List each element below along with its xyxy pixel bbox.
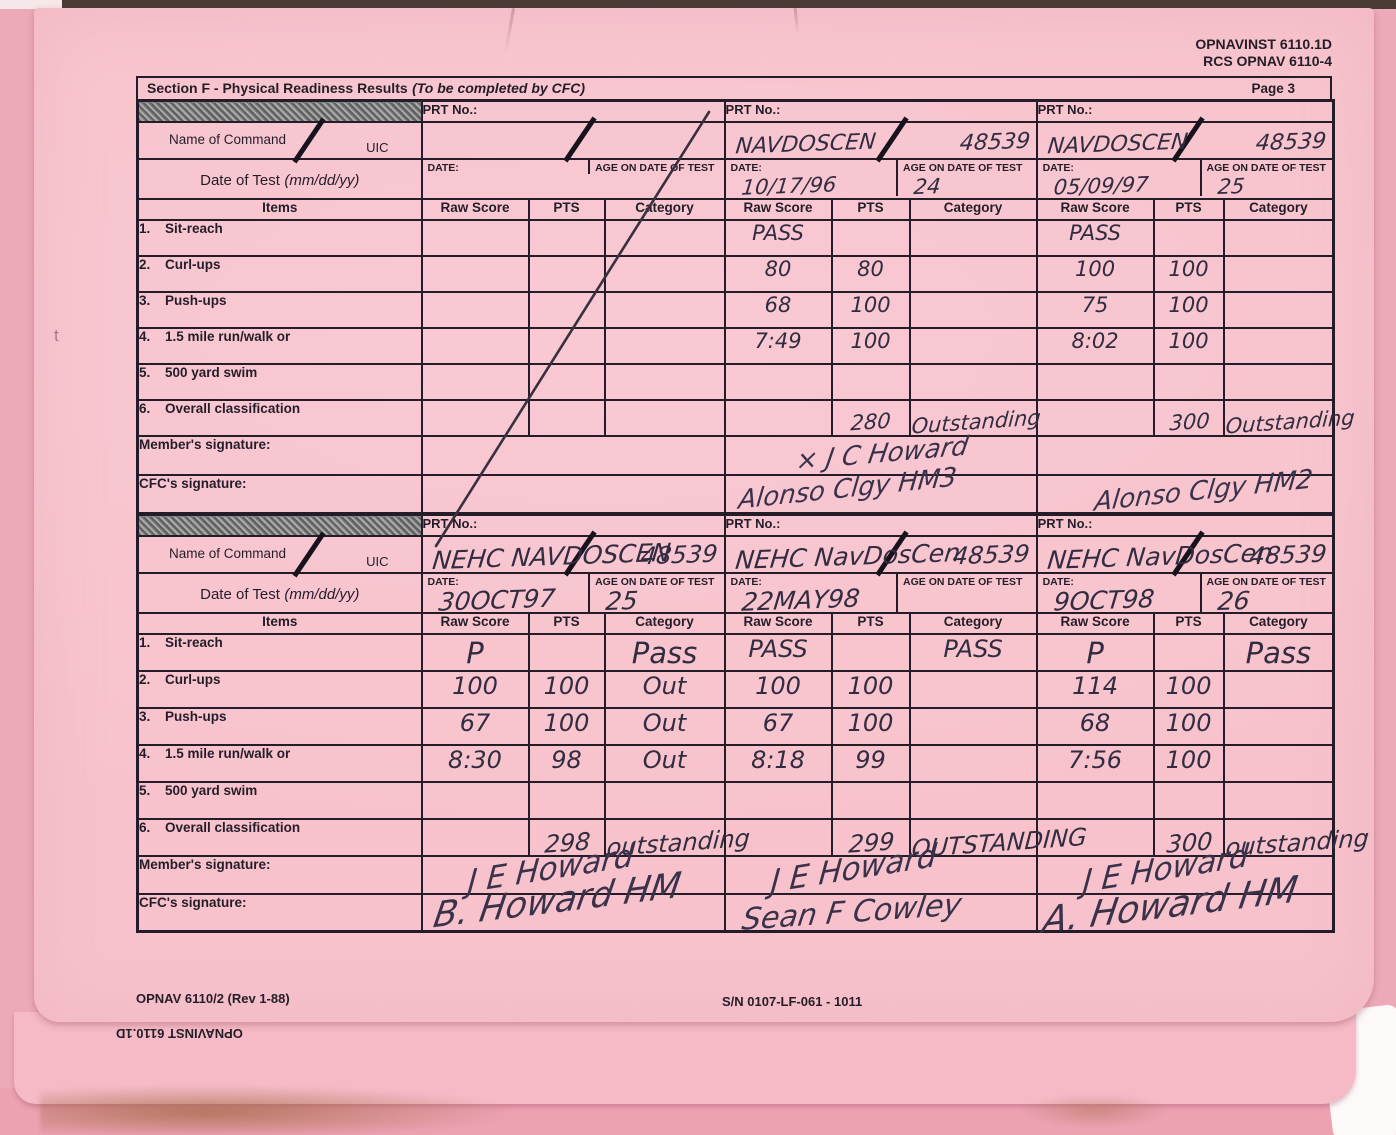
date-value: 10/17/96 (740, 171, 898, 198)
member-signature-label: Member's signature: (138, 436, 422, 475)
pts-cell: 80 (832, 256, 910, 292)
item-label: 5.500 yard swim (138, 364, 422, 400)
cfc-signature-label: CFC's signature: (138, 894, 422, 932)
form-number: OPNAV 6110/2 (Rev 1-88) (136, 991, 290, 1006)
raw-cell (422, 292, 529, 328)
printed-slash (292, 531, 325, 577)
section-title-text: Section F - Physical Readiness Results (147, 80, 408, 96)
pts-cell: 300 (1154, 400, 1224, 436)
pts-cell: 100 (1154, 671, 1224, 708)
cat-cell: Pass (605, 634, 725, 671)
item-label: 1.Sit-reach (138, 220, 422, 256)
pts-cell (832, 220, 910, 256)
raw-cell (725, 819, 832, 856)
cfc-signature-cell: Sean F Cowley (725, 894, 1037, 932)
raw-cell: PASS (725, 634, 832, 671)
pts-cell (529, 782, 605, 819)
cat-cell: Out (605, 671, 725, 708)
raw-cell: 100 (422, 671, 529, 708)
raw-score-header: Raw Score (1037, 199, 1154, 220)
cat-cell: Out (605, 745, 725, 782)
uic-value: 48539 (1255, 128, 1328, 155)
date-of-test-label: Date of Test (200, 586, 280, 603)
age-label: AGE ON DATE OF TEST (898, 160, 1036, 174)
pts-header: PTS (1154, 199, 1224, 220)
prt-table-upper: PRT No.: PRT No.: PRT No.: Name of Comma… (136, 99, 1335, 515)
raw-score-header: Raw Score (1037, 613, 1154, 634)
cfc-signature: Sean F Cowley (739, 887, 963, 938)
item-label: 6.Overall classification (138, 819, 422, 856)
date-value: 30OCT97 (437, 585, 590, 614)
cat-cell (605, 292, 725, 328)
date-value: 22MAY98 (740, 585, 898, 614)
member-signature-cell: × J C Howard (725, 436, 1037, 475)
items-header: Items (138, 199, 422, 220)
item-label: 2.Curl-ups (138, 256, 422, 292)
name-of-command-label: Name of Command (169, 132, 286, 147)
item-label: 1.Sit-reach (138, 634, 422, 671)
cfc-signature-label: CFC's signature: (138, 475, 422, 514)
pts-cell: 280 (832, 400, 910, 436)
cfc-signature-cell: B. Howard HM (422, 894, 725, 932)
raw-cell (422, 819, 529, 856)
raw-cell: 114 (1037, 671, 1154, 708)
date-format-hint: (mm/dd/yy) (284, 172, 359, 189)
cat-cell: PASS (910, 634, 1037, 671)
pts-cell (529, 634, 605, 671)
pts-cell: 98 (529, 745, 605, 782)
cat-cell (1224, 671, 1334, 708)
pts-header: PTS (1154, 613, 1224, 634)
cat-cell (605, 782, 725, 819)
cfc-signature-cell: Alonso Clgy HM2 (1037, 475, 1334, 514)
category-header: Category (605, 613, 725, 634)
age-value: 25 (1216, 172, 1333, 198)
cfc-signature-cell: Alonso Clgy HM3 (725, 475, 1037, 514)
item-label: 5.500 yard swim (138, 782, 422, 819)
date-format-hint: (mm/dd/yy) (284, 586, 359, 603)
cat-cell (910, 782, 1037, 819)
raw-cell: 68 (1037, 708, 1154, 745)
item-label: 3.Push-ups (138, 292, 422, 328)
cat-cell (1224, 328, 1334, 364)
command-uic-cell: NAVDOSCEN 48539 (1037, 122, 1334, 159)
prt-no-label: PRT No.: (422, 101, 725, 122)
raw-cell: PASS (1037, 220, 1154, 256)
pts-cell (1154, 220, 1224, 256)
printed-slash (563, 116, 596, 162)
raw-cell (422, 364, 529, 400)
item-label: 4.1.5 mile run/walk or (138, 745, 422, 782)
pts-cell (1154, 782, 1224, 819)
date-age-cell: DATE:22MAY98 AGE ON DATE OF TEST (725, 573, 1037, 613)
raw-cell (1037, 819, 1154, 856)
pts-header: PTS (529, 613, 605, 634)
raw-cell: 8:30 (422, 745, 529, 782)
raw-cell: 67 (725, 708, 832, 745)
item-label: 6.Overall classification (138, 400, 422, 436)
cat-cell (1224, 256, 1334, 292)
raw-cell (422, 220, 529, 256)
cfc-signature-cell (422, 475, 725, 514)
cat-cell (1224, 364, 1334, 400)
printed-slash (875, 116, 908, 162)
pts-cell (529, 220, 605, 256)
pts-cell (832, 782, 910, 819)
date-age-cell: DATE:10/17/96 AGE ON DATE OF TEST24 (725, 159, 1037, 199)
pts-cell (529, 328, 605, 364)
raw-cell (422, 400, 529, 436)
pts-cell (832, 634, 910, 671)
cat-cell (1224, 745, 1334, 782)
raw-cell: P (422, 634, 529, 671)
command-uic-cell: NEHC NavDosCen 48539 (725, 536, 1037, 573)
uic-value: 48539 (1248, 539, 1328, 570)
uic-label: UIC (366, 554, 388, 569)
prt-no-label: PRT No.: (1037, 101, 1334, 122)
raw-cell: 8:02 (1037, 328, 1154, 364)
category-header: Category (910, 199, 1037, 220)
pts-cell: 100 (832, 671, 910, 708)
raw-cell: 80 (725, 256, 832, 292)
date-age-cell: DATE:05/09/97 AGE ON DATE OF TEST25 (1037, 159, 1334, 199)
date-of-test-label-cell: Date of Test (mm/dd/yy) (138, 159, 422, 199)
raw-cell (725, 782, 832, 819)
cat-cell: Outstanding (1224, 400, 1334, 436)
raw-score-header: Raw Score (725, 613, 832, 634)
section-f-header: Section F - Physical Readiness Results (… (136, 76, 1332, 101)
cat-cell: Out (605, 708, 725, 745)
date-age-cell: DATE: AGE ON DATE OF TEST (422, 159, 725, 199)
pts-header: PTS (832, 199, 910, 220)
pts-cell (529, 400, 605, 436)
cat-cell (910, 292, 1037, 328)
cat-cell (1224, 292, 1334, 328)
pts-cell: 99 (832, 745, 910, 782)
raw-cell: P (1037, 634, 1154, 671)
cat-cell (910, 256, 1037, 292)
item-label: 3.Push-ups (138, 708, 422, 745)
prt-no-label: PRT No.: (725, 101, 1037, 122)
raw-cell: 67 (422, 708, 529, 745)
cat-cell (605, 220, 725, 256)
raw-cell (725, 400, 832, 436)
age-value: 26 (1216, 586, 1334, 614)
uic-value: 48539 (952, 539, 1032, 570)
hatched-bar (138, 101, 422, 122)
age-value: 24 (913, 171, 1037, 197)
cat-cell (1224, 708, 1334, 745)
item-label: 4.1.5 mile run/walk or (138, 328, 422, 364)
name-of-command-label-cell: Name of Command UIC (138, 122, 422, 159)
cat-cell (910, 328, 1037, 364)
cat-cell (910, 708, 1037, 745)
command-uic-cell (422, 122, 725, 159)
raw-score-header: Raw Score (725, 199, 832, 220)
date-age-cell: DATE:30OCT97 AGE ON DATE OF TEST25 (422, 573, 725, 613)
date-value: 9OCT98 (1052, 585, 1201, 614)
raw-cell: PASS (725, 220, 832, 256)
cat-cell (910, 220, 1037, 256)
paper-stain (40, 1086, 510, 1134)
uic-label: UIC (366, 140, 388, 155)
cfc-signature-cell: A. Howard HM (1037, 894, 1334, 932)
page-number: Page 3 (1251, 81, 1295, 96)
cat-cell: Pass (1224, 634, 1334, 671)
printed-slash (292, 117, 325, 163)
raw-cell: 100 (1037, 256, 1154, 292)
raw-cell (422, 782, 529, 819)
pts-cell (529, 292, 605, 328)
category-header: Category (910, 613, 1037, 634)
raw-cell (422, 328, 529, 364)
command-uic-cell: NEHC NavDosCen 48539 (1037, 536, 1334, 573)
cat-cell (605, 256, 725, 292)
pts-header: PTS (832, 613, 910, 634)
date-label: DATE: (423, 160, 589, 174)
cat-cell (605, 328, 725, 364)
pts-cell: 100 (1154, 708, 1224, 745)
cat-cell (605, 400, 725, 436)
pts-cell (1154, 634, 1224, 671)
raw-cell: 68 (725, 292, 832, 328)
section-title-note: (To be completed by CFC) (412, 80, 585, 96)
cat-cell (605, 364, 725, 400)
cat-cell (1224, 220, 1334, 256)
uic-value: 48539 (640, 539, 720, 570)
raw-cell (422, 256, 529, 292)
command-uic-cell: NEHC NAVDOSCEN 48539 (422, 536, 725, 573)
pencil-mark: t (54, 326, 59, 346)
pts-cell: 100 (1154, 328, 1224, 364)
pts-cell: 100 (832, 292, 910, 328)
raw-score-header: Raw Score (422, 613, 529, 634)
paper-stain (1020, 1094, 1170, 1128)
age-label: AGE ON DATE OF TEST (898, 574, 1036, 588)
item-label: 2.Curl-ups (138, 671, 422, 708)
command-uic-cell: NAVDOSCEN 48539 (725, 122, 1037, 159)
hatched-bar (138, 515, 422, 536)
pts-cell (529, 256, 605, 292)
prt-no-label: PRT No.: (422, 515, 725, 536)
command-value: NEHC NavDosCen (1046, 538, 1274, 575)
stock-number: S/N 0107-LF-061 - 1011 (722, 994, 862, 1009)
items-header: Items (138, 613, 422, 634)
raw-cell: 75 (1037, 292, 1154, 328)
date-age-cell: DATE:9OCT98 AGE ON DATE OF TEST26 (1037, 573, 1334, 613)
age-value: 25 (605, 585, 725, 613)
raw-cell: 8:18 (725, 745, 832, 782)
prt-no-label: PRT No.: (725, 515, 1037, 536)
pts-cell: 100 (1154, 745, 1224, 782)
raw-cell: 7:49 (725, 328, 832, 364)
raw-cell (1037, 782, 1154, 819)
prt-table-lower: PRT No.: PRT No.: PRT No.: Name of Comma… (136, 513, 1335, 933)
uic-value: 48539 (958, 128, 1031, 155)
name-of-command-label: Name of Command (169, 546, 286, 561)
pts-cell: 100 (832, 708, 910, 745)
date-of-test-label: Date of Test (200, 172, 280, 189)
pts-cell: 100 (832, 328, 910, 364)
pts-cell (1154, 364, 1224, 400)
age-label: AGE ON DATE OF TEST (590, 160, 723, 174)
cat-cell (910, 745, 1037, 782)
age-label: AGE ON DATE OF TEST (1202, 160, 1333, 174)
cat-cell (1224, 782, 1334, 819)
doc-references: OPNAVINST 6110.1D RCS OPNAV 6110-4 (1195, 36, 1332, 70)
pts-cell (832, 364, 910, 400)
cat-cell (910, 364, 1037, 400)
command-value: NAVDOSCEN (734, 129, 877, 159)
command-value: NEHC NAVDOSCEN (430, 537, 671, 574)
doc-ref-line2: RCS OPNAV 6110-4 (1195, 53, 1332, 70)
cat-cell (910, 671, 1037, 708)
cat-cell: Outstanding (910, 400, 1037, 436)
doc-ref-line1: OPNAVINST 6110.1D (1195, 36, 1332, 53)
pts-cell: 100 (529, 671, 605, 708)
date-of-test-label-cell: Date of Test (mm/dd/yy) (138, 573, 422, 613)
category-header: Category (1224, 613, 1334, 634)
raw-score-header: Raw Score (422, 199, 529, 220)
member-signature-label: Member's signature: (138, 856, 422, 894)
command-value: NEHC NavDosCen (734, 538, 962, 575)
date-value: 05/09/97 (1052, 171, 1201, 198)
command-value: NAVDOSCEN (1046, 129, 1189, 159)
flipped-instruction-text: OPNAVINST 6110.1D (116, 1026, 243, 1041)
pts-cell (529, 364, 605, 400)
pts-cell: 100 (1154, 292, 1224, 328)
name-of-command-label-cell: Name of Command UIC (138, 536, 422, 573)
pts-cell: 100 (529, 708, 605, 745)
raw-cell: 7:56 (1037, 745, 1154, 782)
age-label: AGE ON DATE OF TEST (1202, 574, 1333, 588)
member-signature-cell (422, 436, 725, 475)
pts-cell: 100 (1154, 256, 1224, 292)
pts-header: PTS (529, 199, 605, 220)
raw-cell (1037, 400, 1154, 436)
prt-no-label: PRT No.: (1037, 515, 1334, 536)
member-signature-cell: J E Howard (725, 856, 1037, 894)
raw-cell: 100 (725, 671, 832, 708)
raw-cell (725, 364, 832, 400)
section-title: Section F - Physical Readiness Results (… (147, 80, 585, 98)
age-label: AGE ON DATE OF TEST (590, 574, 723, 588)
raw-cell (1037, 364, 1154, 400)
category-header: Category (605, 199, 725, 220)
category-header: Category (1224, 199, 1334, 220)
prt-form: Section F - Physical Readiness Results (… (136, 76, 1332, 933)
